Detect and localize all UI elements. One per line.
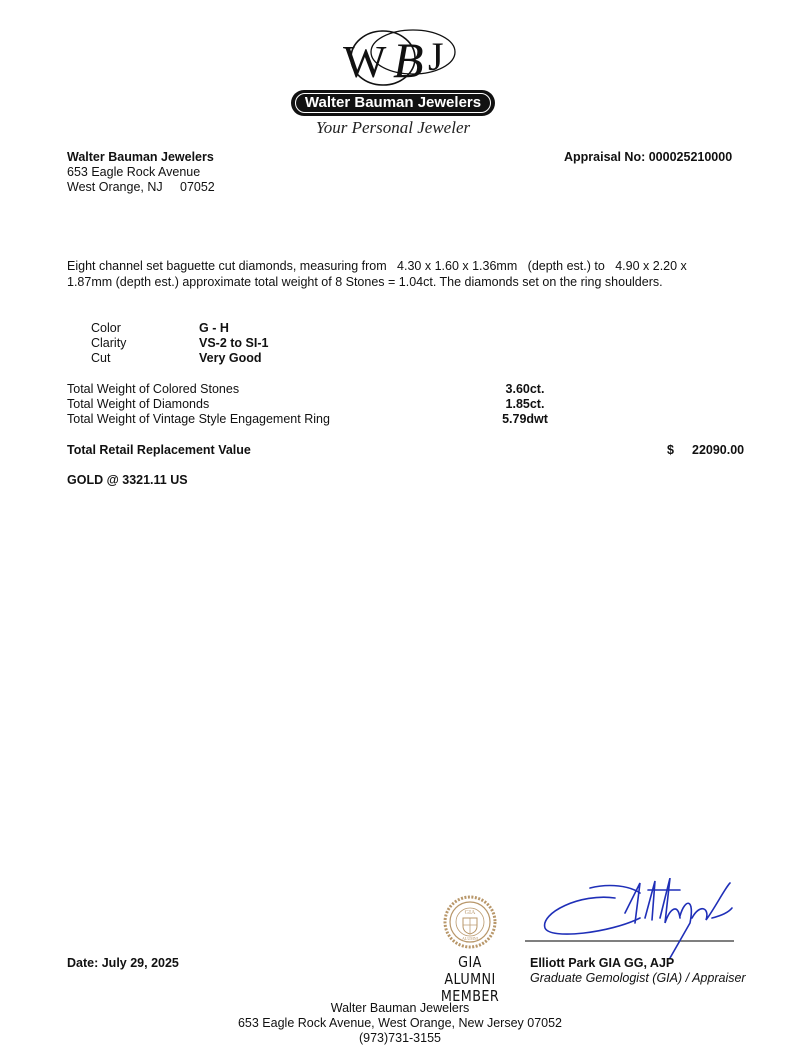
address-line-2: West Orange, NJ 07052 [67,180,215,195]
spec-label-cut: Cut [91,351,110,366]
weight-value-diamonds: 1.85ct. [500,397,550,412]
item-description: Eight channel set baguette cut diamonds,… [67,259,707,290]
address-line-1: 653 Eagle Rock Avenue [67,165,200,180]
appraiser-title: Graduate Gemologist (GIA) / Appraiser [530,971,746,986]
weight-value-colored-stones: 3.60ct. [500,382,550,397]
wbj-monogram-icon: W B J [325,22,475,92]
gia-line-1: GIA ALUMNI [434,954,505,988]
company-name: Walter Bauman Jewelers [67,150,214,165]
svg-text:W: W [343,36,387,87]
spec-label-clarity: Clarity [91,336,126,351]
appraisal-date: Date: July 29, 2025 [67,956,179,971]
spec-value-clarity: VS-2 to SI-1 [199,336,268,351]
appraisal-number: Appraisal No: 000025210000 [564,150,732,165]
gia-alumni-member: GIA ALUMNI MEMBER [434,954,505,1005]
weight-label-diamonds: Total Weight of Diamonds [67,397,209,412]
logo-name: Walter Bauman Jewelers [295,93,491,113]
svg-text:B: B [393,32,424,88]
weight-label-colored-stones: Total Weight of Colored Stones [67,382,239,397]
footer-company: Walter Bauman Jewelers [0,1001,800,1017]
company-logo: W B J Walter Bauman Jewelers Your Person… [285,22,515,142]
valuation-amount: 22090.00 [692,443,744,458]
svg-text:J: J [428,34,444,79]
valuation-currency: $ [667,443,674,458]
svg-text:GIA: GIA [465,910,476,916]
gold-price: GOLD @ 3321.11 US [67,473,188,488]
weight-value-ring: 5.79dwt [500,412,550,427]
logo-tagline: Your Personal Jeweler [285,118,501,138]
valuation-label: Total Retail Replacement Value [67,443,251,458]
logo-banner: Walter Bauman Jewelers [291,90,495,116]
spec-label-color: Color [91,321,121,336]
spec-value-color: G - H [199,321,229,336]
svg-text:ALUMNI: ALUMNI [462,936,479,941]
footer-address: 653 Eagle Rock Avenue, West Orange, New … [0,1016,800,1032]
spec-value-cut: Very Good [199,351,262,366]
appraiser-name: Elliott Park GIA GG, AJP [530,956,674,971]
footer-phone: (973)731-3155 [0,1031,800,1047]
gia-seal-icon: GIA ALUMNI [442,894,498,950]
signature-icon [520,878,760,958]
weight-label-ring: Total Weight of Vintage Style Engagement… [67,412,330,427]
